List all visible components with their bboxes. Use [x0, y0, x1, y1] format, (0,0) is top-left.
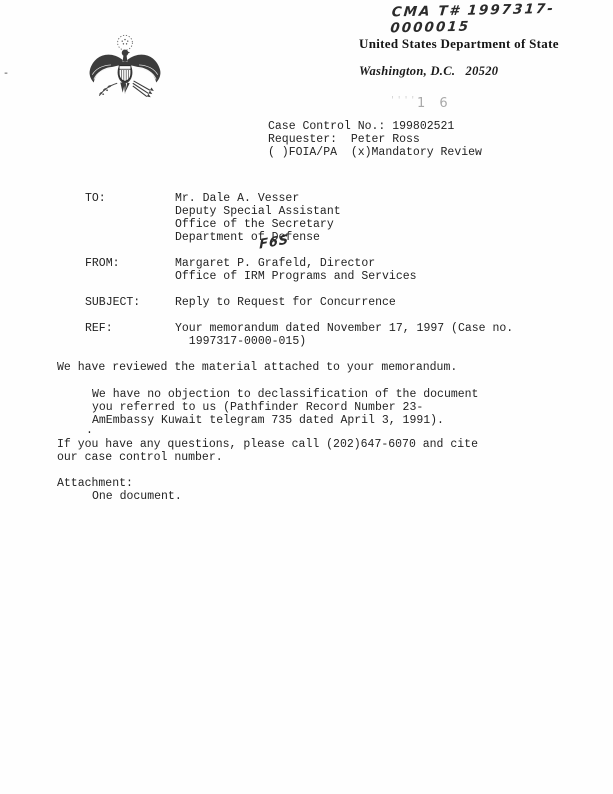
ref-label: REF:: [85, 322, 113, 335]
ref-value: Your memorandum dated November 17, 1997 …: [175, 322, 513, 348]
letterhead-department-title: United States Department of State: [359, 36, 559, 52]
faint-stamp-marks: '''': [390, 94, 417, 107]
body-paragraph-1: We have reviewed the material attached t…: [57, 361, 457, 374]
body-paragraph-3: If you have any questions, please call (…: [57, 438, 478, 464]
great-seal-icon: [86, 34, 164, 106]
subject-value: Reply to Request for Concurrence: [175, 296, 396, 309]
subject-label: SUBJECT:: [85, 296, 140, 309]
letterhead-address: Washington, D.C. 20520: [359, 64, 498, 79]
to-value: Mr. Dale A. Vesser Deputy Special Assist…: [175, 192, 341, 244]
faint-stamp-number: 1 6: [417, 96, 453, 111]
margin-stray-mark: -: [3, 68, 9, 81]
stray-period: .: [86, 424, 93, 437]
from-value: Margaret P. Grafeld, Director Office of …: [175, 257, 417, 283]
body-paragraph-2: We have no objection to declassification…: [92, 388, 478, 427]
attachment-label: Attachment:: [57, 477, 133, 490]
case-control-block: Case Control No.: 199802521 Requester: P…: [268, 120, 482, 159]
from-label: FROM:: [85, 257, 120, 270]
to-label: TO:: [85, 192, 106, 205]
handwritten-case-number: CMA T# 1997317-0000015: [390, 0, 613, 36]
attachment-value: One document.: [92, 490, 182, 503]
scanned-memo-page: CMA T# 1997317-0000015 -: [0, 0, 613, 794]
